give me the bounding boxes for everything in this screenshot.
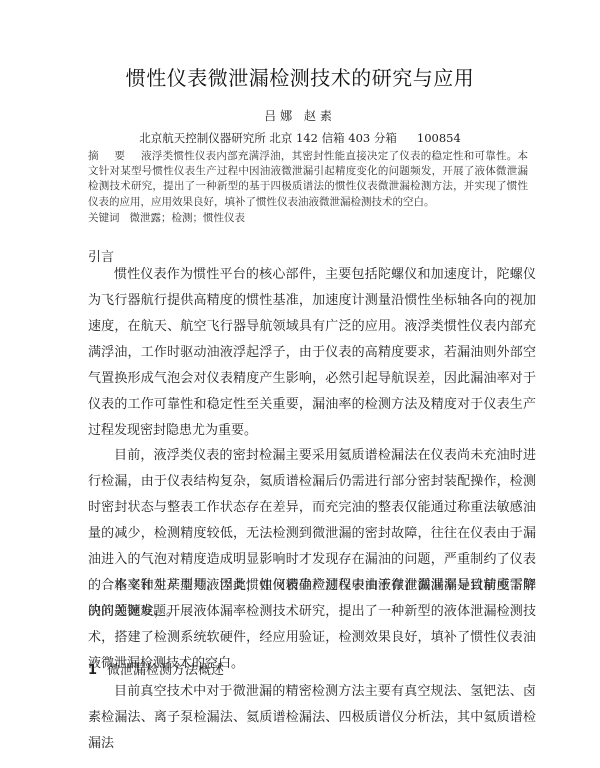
body-paragraph: 惯性仪表作为惯性平台的核心部件，主要包括陀螺仪和加速度计，陀螺仪为飞行器航行提供… [88,262,536,444]
affiliation-text: 北京航天控制仪器研究所 北京 142 信箱 403 分箱 [139,131,397,145]
section-heading-1: 1微泄漏检测方法概述 [88,659,224,678]
keywords-label: 关键词 [88,212,120,224]
keywords-text: 微泄露；检测；惯性仪表 [130,212,246,224]
postcode: 100854 [417,131,461,145]
document-page: 惯性仪表微泄漏检测技术的研究与应用 吕娜 赵素 北京航天控制仪器研究所 北京 1… [0,0,600,768]
paper-title: 惯性仪表微泄漏检测技术的研究与应用 [0,62,600,91]
section-title: 微泄漏检测方法概述 [107,663,224,678]
abstract-text: 液浮类惯性仪表内部充满浮油，其密封性能直接决定了仪表的稳定性和可靠性。本文针对某… [88,150,528,208]
keywords: 关键词微泄露；检测；惯性仪表 [88,210,528,225]
abstract-label: 摘 要 [88,150,131,162]
paper-authors: 吕娜 赵素 [0,107,600,124]
abstract: 摘 要液浮类惯性仪表内部充满浮油，其密封性能直接决定了仪表的稳定性和可靠性。本文… [88,149,528,210]
body-paragraph: 目前真空技术中对于微泄漏的精密检测方法主要有真空规法、氢钯法、卤素检漏法、离子泵… [88,679,536,757]
section-number: 1 [88,663,97,678]
paper-affiliation: 北京航天控制仪器研究所 北京 142 信箱 403 分箱100854 [0,130,600,146]
